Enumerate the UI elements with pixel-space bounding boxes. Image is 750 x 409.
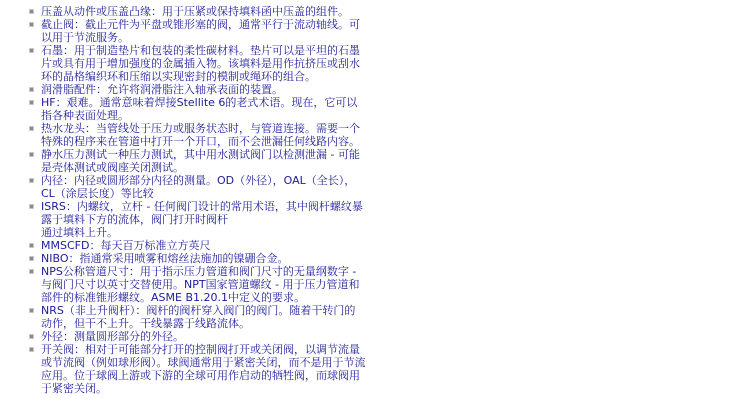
bullet-icon (30, 179, 33, 182)
bullet-icon (30, 88, 33, 91)
glossary-item-text: 内径：内径或圆形部分内径的测量。OD（外径），OAL（全长），CL（涂层长度）等… (41, 174, 366, 200)
glossary-item-text: 截止阀：截止元件为平盘或锥形塞的阀，通常平行于流动轴线。可以用于节流服务。 (41, 18, 366, 44)
glossary-item: NPS公称管道尺寸：用于指示压力管道和阀门尺寸的无量纲数字 - 与阀门尺寸以英寸… (30, 265, 366, 304)
glossary-item: NIBO：指通常采用喷雾和熔丝法施加的镍硼合金。 (30, 252, 366, 265)
bullet-icon (30, 335, 33, 338)
glossary-item-text: 开关阀：相对于可能部分打开的控制阀打开或关闭阀，以调节流量或节流阀（例如球形阀）… (41, 343, 366, 395)
glossary-item-text: ISRS：内螺纹，立杆 - 任何阀门设计的常用术语，其中阀杆螺纹暴露于填料下方的… (41, 200, 366, 239)
bullet-icon (30, 23, 33, 26)
glossary-item: 压盖从动件或压盖凸缘：用于压紧或保持填料函中压盖的组件。 (30, 5, 366, 18)
glossary-item-text: 静水压力测试一种压力测试，其中用水测试阀门以检测泄漏 - 可能是壳体测试或阀座关… (41, 148, 366, 174)
bullet-icon (30, 153, 33, 156)
bullet-icon (30, 309, 33, 312)
glossary-item: 截止阀：截止元件为平盘或锥形塞的阀，通常平行于流动轴线。可以用于节流服务。 (30, 18, 366, 44)
glossary-item-text: 润滑脂配件：允许将润滑脂注入轴承表面的装置。 (41, 83, 366, 96)
glossary-item: 静水压力测试一种压力测试，其中用水测试阀门以检测泄漏 - 可能是壳体测试或阀座关… (30, 148, 366, 174)
glossary-item: 开关阀：相对于可能部分打开的控制阀打开或关闭阀，以调节流量或节流阀（例如球形阀）… (30, 343, 366, 395)
glossary-item-text: NPS公称管道尺寸：用于指示压力管道和阀门尺寸的无量纲数字 - 与阀门尺寸以英寸… (41, 265, 366, 304)
glossary-item-text: MMSCFD：每天百万标准立方英尺 (41, 239, 366, 252)
bullet-icon (30, 49, 33, 52)
glossary-list: 压盖从动件或压盖凸缘：用于压紧或保持填料函中压盖的组件。 截止阀：截止元件为平盘… (0, 5, 366, 395)
bullet-icon (30, 10, 33, 13)
glossary-item: NRS（非上升阀杆）：阀杆的阀杆穿入阀门的阀门。随着干转门的动作，但干不上升。干… (30, 304, 366, 330)
bullet-icon (30, 244, 33, 247)
glossary-item-text: 石墨：用于制造垫片和包装的柔性碳材料。垫片可以是平坦的石墨片或具有用于增加强度的… (41, 44, 366, 83)
glossary-item: 内径：内径或圆形部分内径的测量。OD（外径），OAL（全长），CL（涂层长度）等… (30, 174, 366, 200)
bullet-icon (30, 101, 33, 104)
glossary-item: 外径：测量圆形部分的外径。 (30, 330, 366, 343)
glossary-item: 润滑脂配件：允许将润滑脂注入轴承表面的装置。 (30, 83, 366, 96)
glossary-item-text: HF：艰难。通常意味着焊接Stellite 6的老式术语。现在，它可以指各种表面… (41, 96, 366, 122)
bullet-icon (30, 257, 33, 260)
glossary-item: ISRS：内螺纹，立杆 - 任何阀门设计的常用术语，其中阀杆螺纹暴露于填料下方的… (30, 200, 366, 239)
document-page: 压盖从动件或压盖凸缘：用于压紧或保持填料函中压盖的组件。 截止阀：截止元件为平盘… (0, 0, 750, 409)
glossary-item: 热水龙头：当管线处于压力或服务状态时，与管道连接。需要一个特殊的程序来在管道中打… (30, 122, 366, 148)
glossary-item: HF：艰难。通常意味着焊接Stellite 6的老式术语。现在，它可以指各种表面… (30, 96, 366, 122)
glossary-item: 石墨：用于制造垫片和包装的柔性碳材料。垫片可以是平坦的石墨片或具有用于增加强度的… (30, 44, 366, 83)
glossary-item: MMSCFD：每天百万标准立方英尺 (30, 239, 366, 252)
glossary-item-text: NIBO：指通常采用喷雾和熔丝法施加的镍硼合金。 (41, 252, 366, 265)
bullet-icon (30, 348, 33, 351)
glossary-item-text: 热水龙头：当管线处于压力或服务状态时，与管道连接。需要一个特殊的程序来在管道中打… (41, 122, 366, 148)
glossary-item-text: 外径：测量圆形部分的外径。 (41, 330, 366, 343)
bullet-icon (30, 270, 33, 273)
bullet-icon (30, 205, 33, 208)
glossary-item-text: NRS（非上升阀杆）：阀杆的阀杆穿入阀门的阀门。随着干转门的动作，但干不上升。干… (41, 304, 366, 330)
bullet-icon (30, 127, 33, 130)
glossary-item-text: 压盖从动件或压盖凸缘：用于压紧或保持填料函中压盖的组件。 (41, 5, 366, 18)
